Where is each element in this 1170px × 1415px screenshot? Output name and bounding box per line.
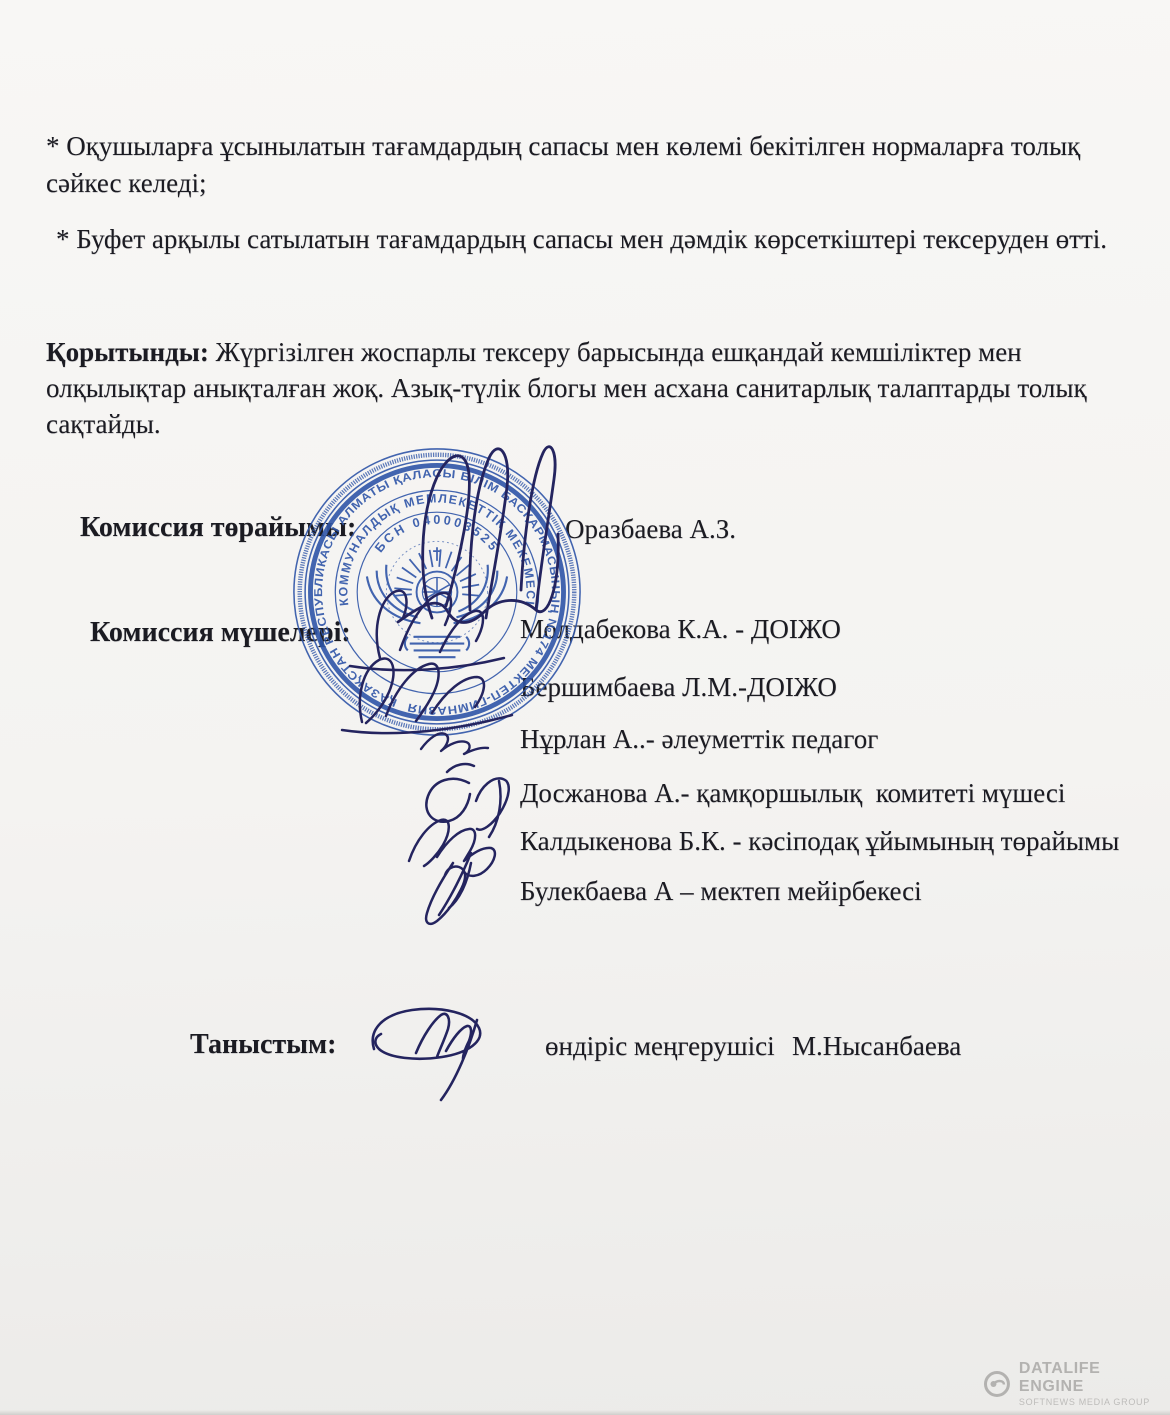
signature-nurlan (421, 733, 488, 754)
datalife-logo-icon (982, 1369, 1012, 1399)
watermark-text: DATALIFE ENGINE SOFTNEWS MEDIA GROUP (1019, 1360, 1170, 1407)
signatures-layer (0, 0, 1170, 1415)
signature-moldabekova (350, 591, 504, 671)
watermark-title: DATALIFE ENGINE (1019, 1360, 1170, 1397)
signature-doszhanova (426, 764, 508, 837)
watermark-subtitle: SOFTNEWS MEDIA GROUP (1019, 1397, 1170, 1407)
signature-chair (398, 447, 558, 623)
site-watermark: DATALIFE ENGINE SOFTNEWS MEDIA GROUP (982, 1360, 1170, 1407)
signature-acknowledgement (373, 1009, 480, 1100)
document-page: * Оқушыларға ұсынылатын тағамдардың сапа… (0, 0, 1170, 1415)
scan-bottom-edge-shadow (0, 1410, 1170, 1415)
